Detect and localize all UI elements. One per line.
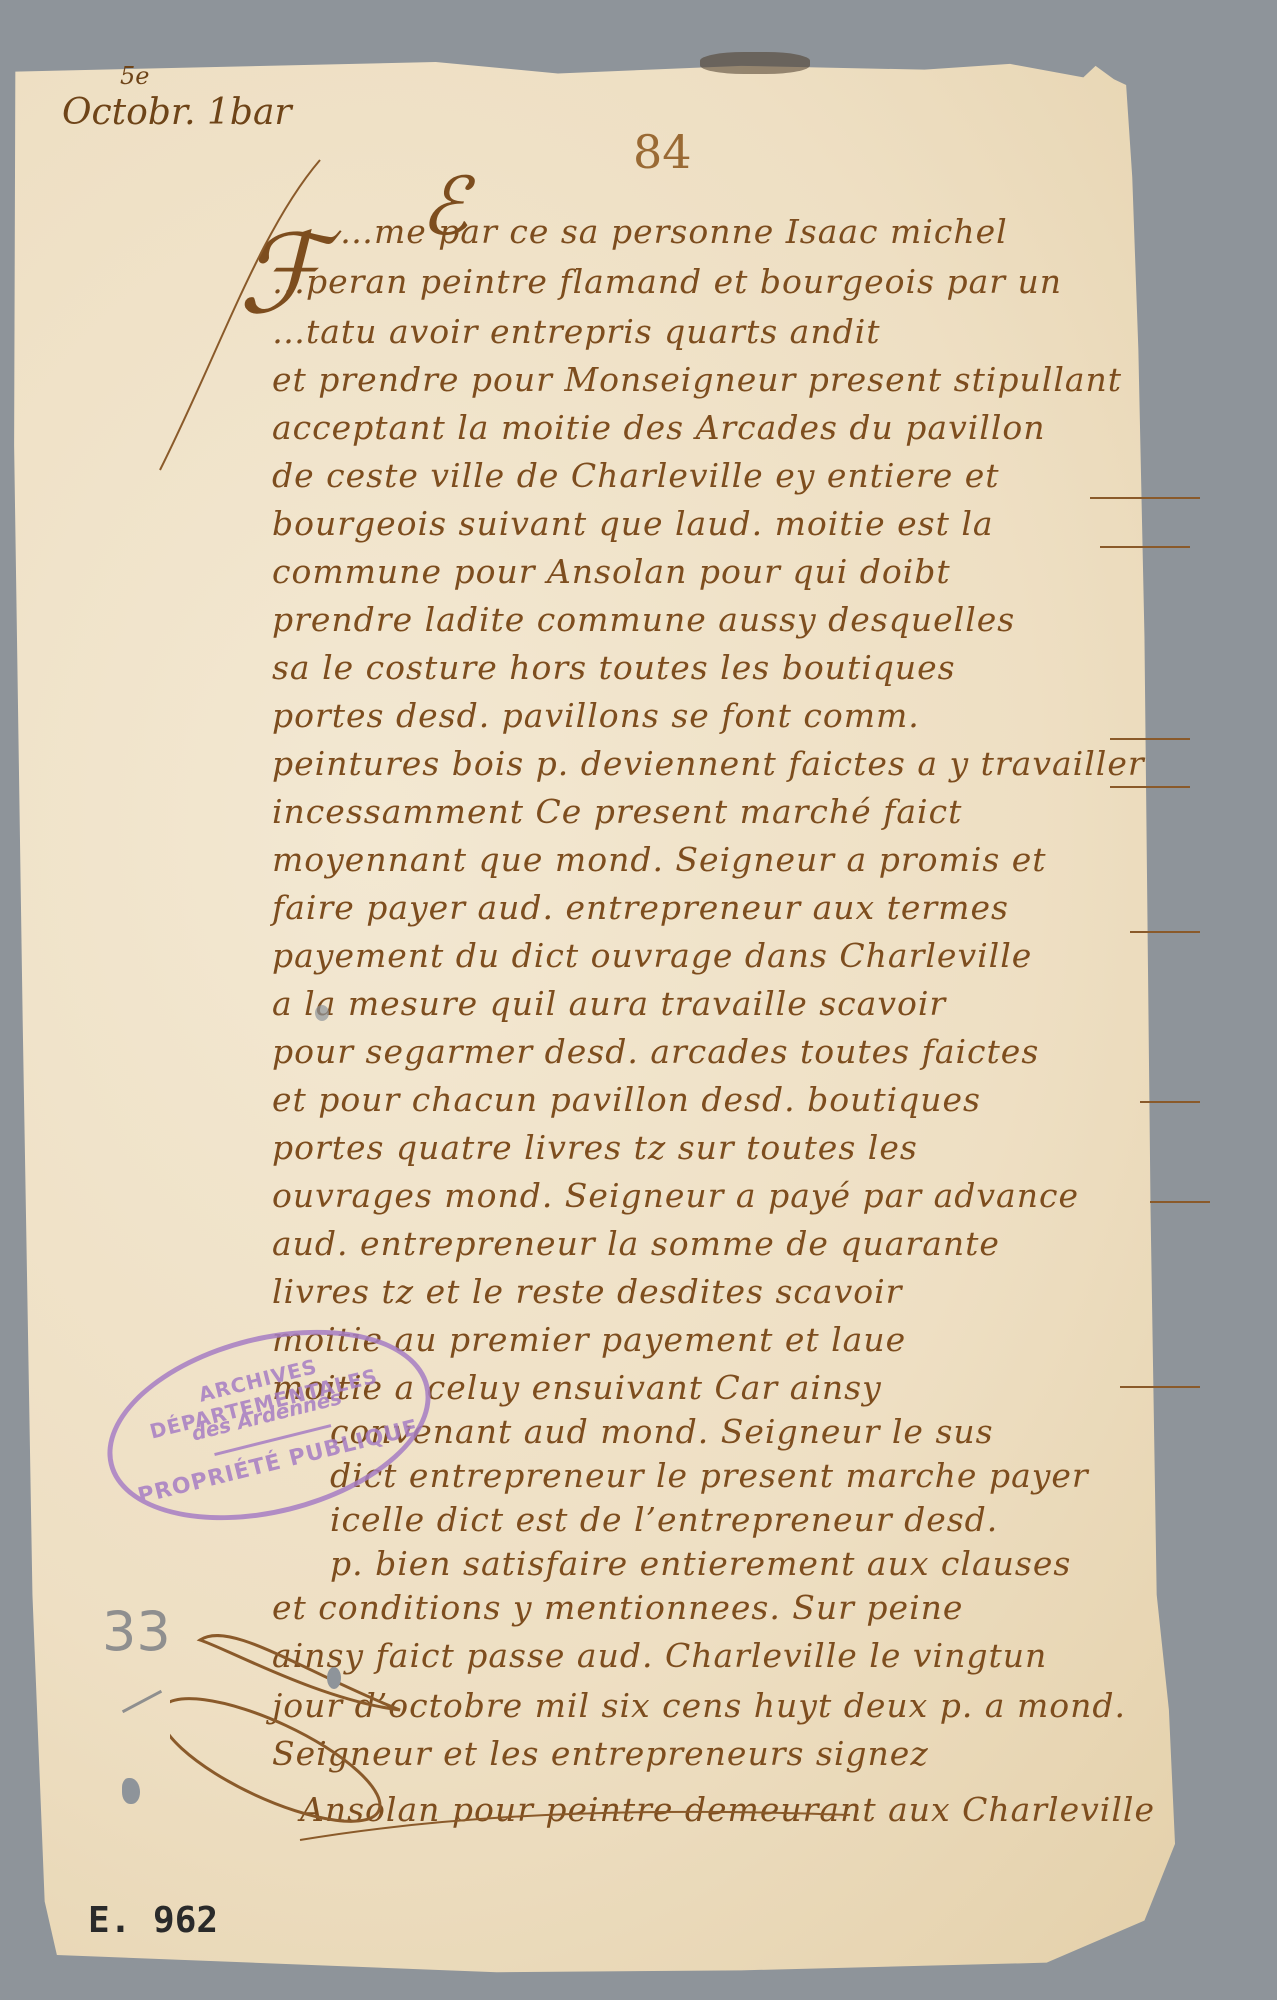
body-line: aud. entrepreneur la somme de quarante xyxy=(272,1224,1000,1263)
body-line: pour segarmer desd. arcades toutes faict… xyxy=(272,1032,1039,1071)
line-end-flourish xyxy=(1150,1200,1210,1203)
body-line: p. bien satisfaire entierement aux claus… xyxy=(330,1544,1071,1583)
header-superscript: 5e xyxy=(120,62,149,90)
body-line: livres tz et le reste desdites scavoir xyxy=(272,1272,902,1311)
paper-hole xyxy=(327,1667,341,1689)
line-end-flourish xyxy=(1110,785,1190,788)
line-end-flourish xyxy=(1120,1385,1200,1388)
body-line: dict entrepreneur le present marche paye… xyxy=(330,1456,1089,1495)
body-line: …tatu avoir entrepris quarts andit xyxy=(272,312,881,351)
body-line: sa le costure hors toutes les boutiques xyxy=(272,648,956,687)
body-line: prendre ladite commune aussy desquelles xyxy=(272,600,1015,639)
paper-hole xyxy=(315,1005,329,1021)
line-end-flourish xyxy=(1110,737,1190,740)
body-line: portes quatre livres tz sur toutes les xyxy=(272,1128,918,1167)
body-line: …me par ce sa personne Isaac michel xyxy=(340,212,1008,251)
body-line: ouvrages mond. Seigneur a payé par advan… xyxy=(272,1176,1079,1215)
body-line: et prendre pour Monseigneur present stip… xyxy=(272,360,1122,399)
body-line: payement du dict ouvrage dans Charlevill… xyxy=(272,936,1032,975)
body-line: bourgeois suivant que laud. moitie est l… xyxy=(272,504,994,543)
body-line: acceptant la moitie des Arcades du pavil… xyxy=(272,408,1046,447)
header-annotation: Octobr. 1bar xyxy=(62,92,292,133)
body-line: et pour chacun pavillon desd. boutiques xyxy=(272,1080,981,1119)
header-annotation-main: Octobr. 1bar xyxy=(62,92,292,133)
body-line: commune pour Ansolan pour qui doibt xyxy=(272,552,951,591)
paper-hole xyxy=(122,1778,140,1804)
line-end-flourish xyxy=(1090,496,1200,499)
call-number: E. 962 xyxy=(88,1900,218,1941)
body-line: icelle dict est de l’entrepreneur desd. xyxy=(330,1500,998,1539)
body-line: incessamment Ce present marché faict xyxy=(272,792,962,831)
body-line: de ceste ville de Charleville ey entiere… xyxy=(272,456,1000,495)
body-line: a la mesure quil aura travaille scavoir xyxy=(272,984,946,1023)
body-line: faire payer aud. entrepreneur aux termes xyxy=(272,888,1009,927)
line-end-flourish xyxy=(1100,545,1190,548)
folio-number: 84 xyxy=(633,125,692,179)
body-line: …peran peintre flamand et bourgeois par … xyxy=(272,262,1062,301)
signature-flourish xyxy=(170,1610,870,1870)
line-end-flourish xyxy=(1140,1100,1200,1103)
torn-edge xyxy=(700,52,810,74)
pencil-number: 33 xyxy=(102,1600,171,1663)
body-line: portes desd. pavillons se font comm. xyxy=(272,696,920,735)
body-line: peintures bois p. deviennent faictes a y… xyxy=(272,744,1145,783)
line-end-flourish xyxy=(1130,930,1200,933)
margin-flourish xyxy=(140,150,340,480)
body-line: moyennant que mond. Seigneur a promis et xyxy=(272,840,1047,879)
